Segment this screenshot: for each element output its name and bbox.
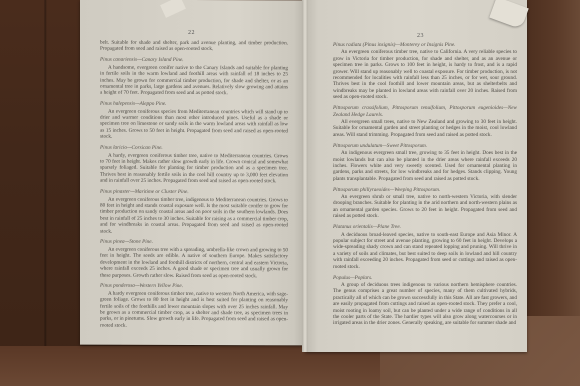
entry-heading: Pittosporum undulatum—Sweet Pittosporum. — [333, 143, 517, 149]
entry-heading: Pinus pinea—Stone Pine. — [100, 239, 288, 246]
continuation-paragraph: belt. Suitable for shade and shelter, pa… — [100, 40, 288, 53]
entry-pinus-ponderosa: Pinus ponderosa—Western Yellow Pine. A h… — [100, 283, 288, 330]
entry-body: An indigenous evergreen small tree, grow… — [333, 150, 517, 182]
entry-body: A hardy, evergreen coniferous timber tre… — [100, 152, 288, 185]
entry-heading: Pittosporum phillyraeoides—Weeping Pitto… — [333, 187, 517, 193]
entry-populus: Populus—Poplars. A group of deciduous tr… — [333, 275, 517, 327]
entry-body: An evergreen coniferous tree with a spre… — [100, 247, 288, 280]
entry-pittosporum-phillyraeoides: Pittosporum phillyraeoides—Weeping Pitto… — [333, 187, 517, 220]
left-page: 22 belt. Suitable for shade and shelter,… — [80, 0, 305, 345]
entry-body: A deciduous broad-leaved species, native… — [333, 232, 517, 270]
page-number-left: 22 — [188, 30, 195, 36]
entry-pinus-halepensis: Pinus halepensis—Aleppo Pine. An evergre… — [100, 101, 288, 141]
entry-pinus-laricio: Pinus laricio—Corsican Pine. A hardy, ev… — [100, 145, 288, 185]
entry-heading: Pinus pinaster—Maritime or Cluster Pine. — [100, 189, 288, 196]
entry-body: An evergreen shrub or small tree, native… — [333, 194, 517, 220]
entry-heading: Pinus radiata (Pinus insignis)—Monterey … — [333, 42, 517, 48]
entry-pittosporum-undulatum: Pittosporum undulatum—Sweet Pittosporum.… — [333, 143, 517, 182]
entry-heading: Pittosporum crassifolium, Pittosporum te… — [333, 105, 517, 118]
entry-body: belt. Suitable for shade and shelter, pa… — [100, 40, 288, 53]
entry-body: All evergreen small trees, native to New… — [333, 119, 517, 138]
entry-body: An evergreen coniferous timber tree, nat… — [333, 49, 517, 100]
entry-body: A group of deciduous trees indigenous to… — [333, 282, 517, 327]
entry-pittosporum-nz: Pittosporum crassifolium, Pittosporum te… — [333, 105, 517, 138]
entry-platanus-orientalis: Platanus orientalis—Plane Tree. A decidu… — [333, 224, 517, 270]
right-page: 23 Pinus radiata (Pinus insignis)—Monter… — [305, 0, 527, 352]
right-page-text: Pinus radiata (Pinus insignis)—Monterey … — [333, 42, 517, 331]
page-number-right: 23 — [417, 33, 424, 39]
entry-heading: Populus—Poplars. — [333, 275, 517, 281]
folded-corner-left — [160, 0, 186, 18]
entry-heading: Pinus ponderosa—Western Yellow Pine. — [100, 283, 288, 290]
entry-pinus-pinaster: Pinus pinaster—Maritime or Cluster Pine.… — [100, 189, 288, 236]
entry-body: A handsome, evergreen conifer native to … — [100, 64, 288, 97]
entry-body: A hardy evergreen coniferous timber tree… — [100, 290, 288, 329]
entry-pinus-canariensis: Pinus canariensis—Canary Island Pine. A … — [100, 57, 288, 97]
entry-heading: Pinus laricio—Corsican Pine. — [100, 145, 288, 152]
entry-body: An evergreen coniferous timber tree, ind… — [100, 196, 288, 235]
entry-pinus-pinea: Pinus pinea—Stone Pine. An evergreen con… — [100, 239, 288, 279]
open-booklet: 22 belt. Suitable for shade and shelter,… — [0, 0, 580, 386]
entry-heading: Platanus orientalis—Plane Tree. — [333, 224, 517, 230]
entry-body: An evergreen coniferous species from Med… — [100, 108, 288, 141]
booklet-spine — [302, 0, 308, 352]
entry-pinus-radiata: Pinus radiata (Pinus insignis)—Monterey … — [333, 42, 517, 101]
entry-heading: Pinus halepensis—Aleppo Pine. — [100, 101, 288, 108]
left-page-text: belt. Suitable for shade and shelter, pa… — [100, 40, 288, 334]
entry-heading: Pinus canariensis—Canary Island Pine. — [100, 57, 288, 64]
